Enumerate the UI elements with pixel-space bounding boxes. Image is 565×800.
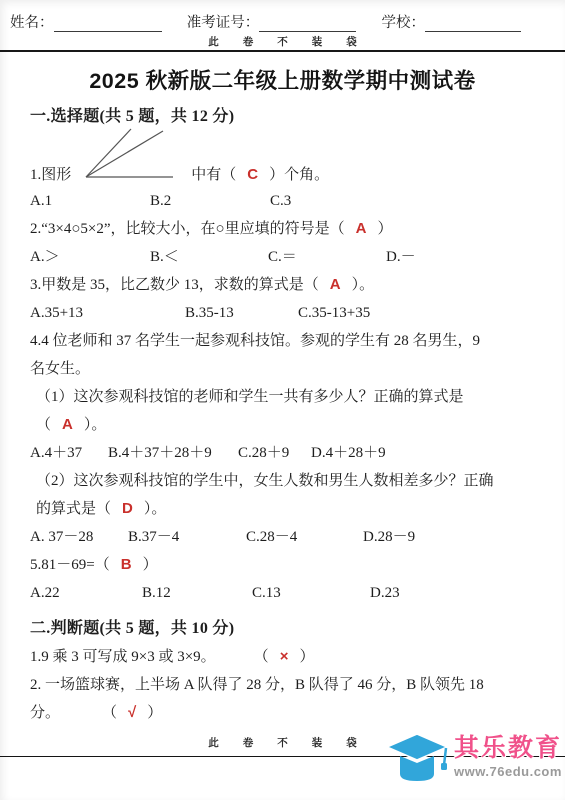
seal-notice-top: 此卷不装袋 (208, 34, 381, 49)
choice-q4-sub1-text: （1）这次参观科技馆的老师和学生一共有多少人？正确的算式是 (30, 383, 535, 411)
q3-answer: A (330, 276, 341, 293)
choice-q5-text: 5.81－69=（B） (30, 551, 535, 579)
judge-q1-open: （ (254, 649, 269, 665)
option: B.35-13 (185, 299, 298, 327)
section-judge-heading: 二.判断题(共 5 题，共 10 分) (30, 615, 535, 643)
q3-pre: 3.甲数是 35，比乙数少 13，求数的算式是（ (30, 277, 319, 293)
option: D.28－9 (363, 523, 415, 551)
option: A.22 (30, 579, 142, 607)
option: B.2 (150, 187, 270, 215)
q4s2-close: ）。 (144, 501, 167, 517)
option: C.＝ (268, 243, 386, 271)
option: D.4＋28＋9 (311, 439, 386, 467)
seal-notice-bottom: 此卷不装袋 (208, 735, 381, 750)
ticket-label: 准考证号： (187, 11, 260, 32)
q2-post: ） (377, 221, 392, 237)
choice-q1-text: 1.图形 中有（ C ）个角。 (30, 131, 535, 187)
choice-q4-sub1-answer-line: （A）。 (30, 411, 535, 439)
q5-pre: 5.81－69=（ (30, 557, 110, 573)
paper-header: 姓名： 准考证号： 学校： (0, 0, 565, 32)
option: D.－ (386, 243, 416, 271)
choice-q3-text: 3.甲数是 35，比乙数少 13，求数的算式是（A）。 (30, 271, 535, 299)
q1-post: ）个角。 (269, 163, 329, 187)
option: B.37－4 (128, 523, 246, 551)
choice-q2-options: A.＞ B.＜ C.＝ D.－ (30, 243, 535, 271)
judge-q2-open: （ (102, 705, 117, 721)
school-blank-line (425, 16, 521, 32)
brand-logo: 其乐教育 www.76edu.com (385, 732, 562, 794)
judge-q1-close: ） (299, 649, 314, 665)
brand-text-block: 其乐教育 www.76edu.com (454, 732, 562, 780)
q4s2-pre: 的算式是（ (36, 501, 111, 517)
q4s1-open: （ (36, 417, 51, 433)
judge-q2-line1: 2. 一场篮球赛，上半场 A 队得了 28 分，B 队得了 46 分，B 队领先… (30, 671, 535, 699)
q2-answer: A (356, 220, 367, 237)
judge-q2-answer: √ (128, 704, 136, 721)
ticket-field: 准考证号： (187, 11, 357, 32)
q5-post: ） (143, 557, 158, 573)
choice-q4-intro-line1: 4.4 位老师和 37 名学生一起参观科技馆。参观的学生有 28 名男生，9 (30, 327, 535, 355)
q4s1-answer: A (62, 416, 73, 433)
ticket-blank-line (259, 16, 356, 32)
option: C.35-13+35 (298, 299, 370, 327)
header-rule (0, 50, 565, 52)
option: A.1 (30, 187, 150, 215)
judge-q2-tail: 分。 (30, 705, 60, 721)
name-field: 姓名： (10, 11, 162, 32)
seal-notice-top-row: 此卷不装袋 (0, 33, 565, 48)
q1-pre: 1.图形 (30, 163, 71, 187)
judge-q1-statement: 1.9 乘 3 可写成 9×3 或 3×9。 (30, 649, 216, 665)
choice-q1-options: A.1 B.2 C.3 (30, 187, 535, 215)
q3-post: ）。 (352, 277, 375, 293)
choice-q4-sub2-options: A. 37－28 B.37－4 C.28－4 D.28－9 (30, 523, 535, 551)
option: B.12 (142, 579, 252, 607)
option: B.4＋37＋28＋9 (108, 439, 238, 467)
q1-answer: C (247, 163, 258, 187)
q4s2-answer: D (122, 500, 133, 517)
choice-q4-sub1-options: A.4＋37 B.4＋37＋28＋9 C.28＋9 D.4＋28＋9 (30, 439, 535, 467)
choice-q4-intro-line2: 名女生。 (30, 355, 535, 383)
graduation-cap-icon (385, 732, 449, 794)
q5-answer: B (121, 556, 132, 573)
test-paper-page: 姓名： 准考证号： 学校： 此卷不装袋 2025 秋新版二年级上册数学期中测试卷… (0, 0, 565, 800)
option: A.35+13 (30, 299, 185, 327)
choice-q4-sub2-answer-line: 的算式是（D）。 (30, 495, 535, 523)
judge-q2-line2: 分。（√） (30, 699, 535, 727)
name-label: 姓名： (10, 11, 54, 32)
q2-pre: 2.“3×4○5×2”，比较大小，在○里应填的符号是（ (30, 221, 345, 237)
judge-q1-text: 1.9 乘 3 可写成 9×3 或 3×9。（×） (30, 643, 535, 671)
option: A.4＋37 (30, 439, 108, 467)
option: B.＜ (150, 243, 268, 271)
choice-q2-text: 2.“3×4○5×2”，比较大小，在○里应填的符号是（A） (30, 215, 535, 243)
option: A.＞ (30, 243, 150, 271)
q4s1-close: ）。 (84, 417, 107, 433)
angle-rays-figure-icon (85, 127, 181, 189)
option: C.28＋9 (238, 439, 311, 467)
page-title: 2025 秋新版二年级上册数学期中测试卷 (0, 64, 565, 95)
option: D.23 (370, 579, 400, 607)
option: C.3 (270, 187, 291, 215)
school-field: 学校： (382, 11, 522, 32)
name-blank-line (54, 16, 162, 32)
paper-body: 一.选择题(共 5 题，共 12 分) 1.图形 中有（ C ）个角。 A.1 … (0, 103, 565, 727)
brand-url: www.76edu.com (454, 763, 562, 780)
option: C.13 (252, 579, 370, 607)
choice-q3-options: A.35+13 B.35-13 C.35-13+35 (30, 299, 535, 327)
judge-q1-answer: × (280, 648, 289, 665)
choice-q5-options: A.22 B.12 C.13 D.23 (30, 579, 535, 607)
option: A. 37－28 (30, 523, 128, 551)
school-label: 学校： (382, 11, 426, 32)
brand-name: 其乐教育 (454, 735, 562, 761)
choice-q4-sub2-line1: （2）这次参观科技馆的学生中，女生人数和男生人数相差多少？正确 (30, 467, 535, 495)
q1-mid: 中有（ (191, 163, 236, 187)
judge-q2-close: ） (147, 705, 162, 721)
option: C.28－4 (246, 523, 363, 551)
